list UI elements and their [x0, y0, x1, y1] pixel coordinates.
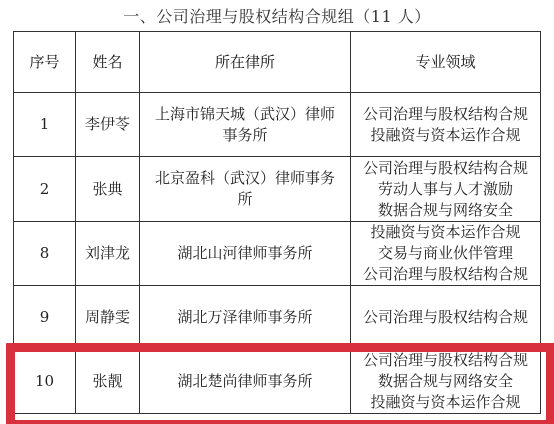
field-item: 劳动人事与人才激励	[354, 179, 537, 200]
field-item: 投融资与资本运作合规	[354, 125, 537, 146]
cell-firm: 湖北万泽律师事务所	[140, 286, 351, 350]
field-item: 公司治理与股权结构合规	[354, 104, 537, 125]
cell-name: 周静雯	[76, 286, 140, 350]
table-row-highlighted: 10 张靓 湖北楚尚律师事务所 公司治理与股权结构合规 数据合规与网络安全 投融…	[14, 350, 541, 414]
cell-field: 公司治理与股权结构合规 数据合规与网络安全 投融资与资本运作合规	[351, 350, 541, 414]
field-item: 公司治理与股权结构合规	[354, 158, 537, 179]
field-item: 公司治理与股权结构合规	[354, 264, 537, 285]
cell-number: 8	[14, 222, 76, 286]
cell-field: 公司治理与股权结构合规 劳动人事与人才激励 数据合规与网络安全	[351, 157, 541, 222]
cell-number: 9	[14, 286, 76, 350]
table-row: 9 周静雯 湖北万泽律师事务所 公司治理与股权结构合规	[14, 286, 541, 350]
cell-firm: 北京盈科（武汉）律师事务所	[140, 157, 351, 222]
table-row: 8 刘津龙 湖北山河律师事务所 投融资与资本运作合规 交易与商业伙伴管理 公司治…	[14, 222, 541, 286]
cell-name: 刘津龙	[76, 222, 140, 286]
header-name: 姓名	[76, 32, 140, 93]
field-item: 交易与商业伙伴管理	[354, 243, 537, 264]
members-table: 序号 姓名 所在律所 专业领域 1 李伊苓 上海市锦天城（武汉）律师事务所 公司…	[13, 31, 541, 414]
cell-firm: 湖北楚尚律师事务所	[140, 350, 351, 414]
header-field: 专业领域	[351, 32, 541, 93]
cell-firm: 上海市锦天城（武汉）律师事务所	[140, 93, 351, 157]
table-row: 2 张典 北京盈科（武汉）律师事务所 公司治理与股权结构合规 劳动人事与人才激励…	[14, 157, 541, 222]
cell-number: 2	[14, 157, 76, 222]
table-header-row: 序号 姓名 所在律所 专业领域	[14, 32, 541, 93]
cell-name: 张靓	[76, 350, 140, 414]
cell-number: 1	[14, 93, 76, 157]
cell-firm: 湖北山河律师事务所	[140, 222, 351, 286]
cell-name: 李伊苓	[76, 93, 140, 157]
cell-field: 公司治理与股权结构合规 投融资与资本运作合规	[351, 93, 541, 157]
cell-number: 10	[14, 350, 76, 414]
cell-field: 投融资与资本运作合规 交易与商业伙伴管理 公司治理与股权结构合规	[351, 222, 541, 286]
cell-name: 张典	[76, 157, 140, 222]
header-number: 序号	[14, 32, 76, 93]
field-item: 公司治理与股权结构合规	[354, 350, 537, 371]
field-item: 投融资与资本运作合规	[354, 392, 537, 413]
section-title: 一、公司治理与股权结构合规组（11 人）	[0, 4, 554, 27]
field-item: 数据合规与网络安全	[354, 371, 537, 392]
table-row: 1 李伊苓 上海市锦天城（武汉）律师事务所 公司治理与股权结构合规 投融资与资本…	[14, 93, 541, 157]
field-item: 投融资与资本运作合规	[354, 222, 537, 243]
header-firm: 所在律所	[140, 32, 351, 93]
field-item: 数据合规与网络安全	[354, 200, 537, 221]
cell-field: 公司治理与股权结构合规	[351, 286, 541, 350]
field-item: 公司治理与股权结构合规	[354, 307, 537, 328]
